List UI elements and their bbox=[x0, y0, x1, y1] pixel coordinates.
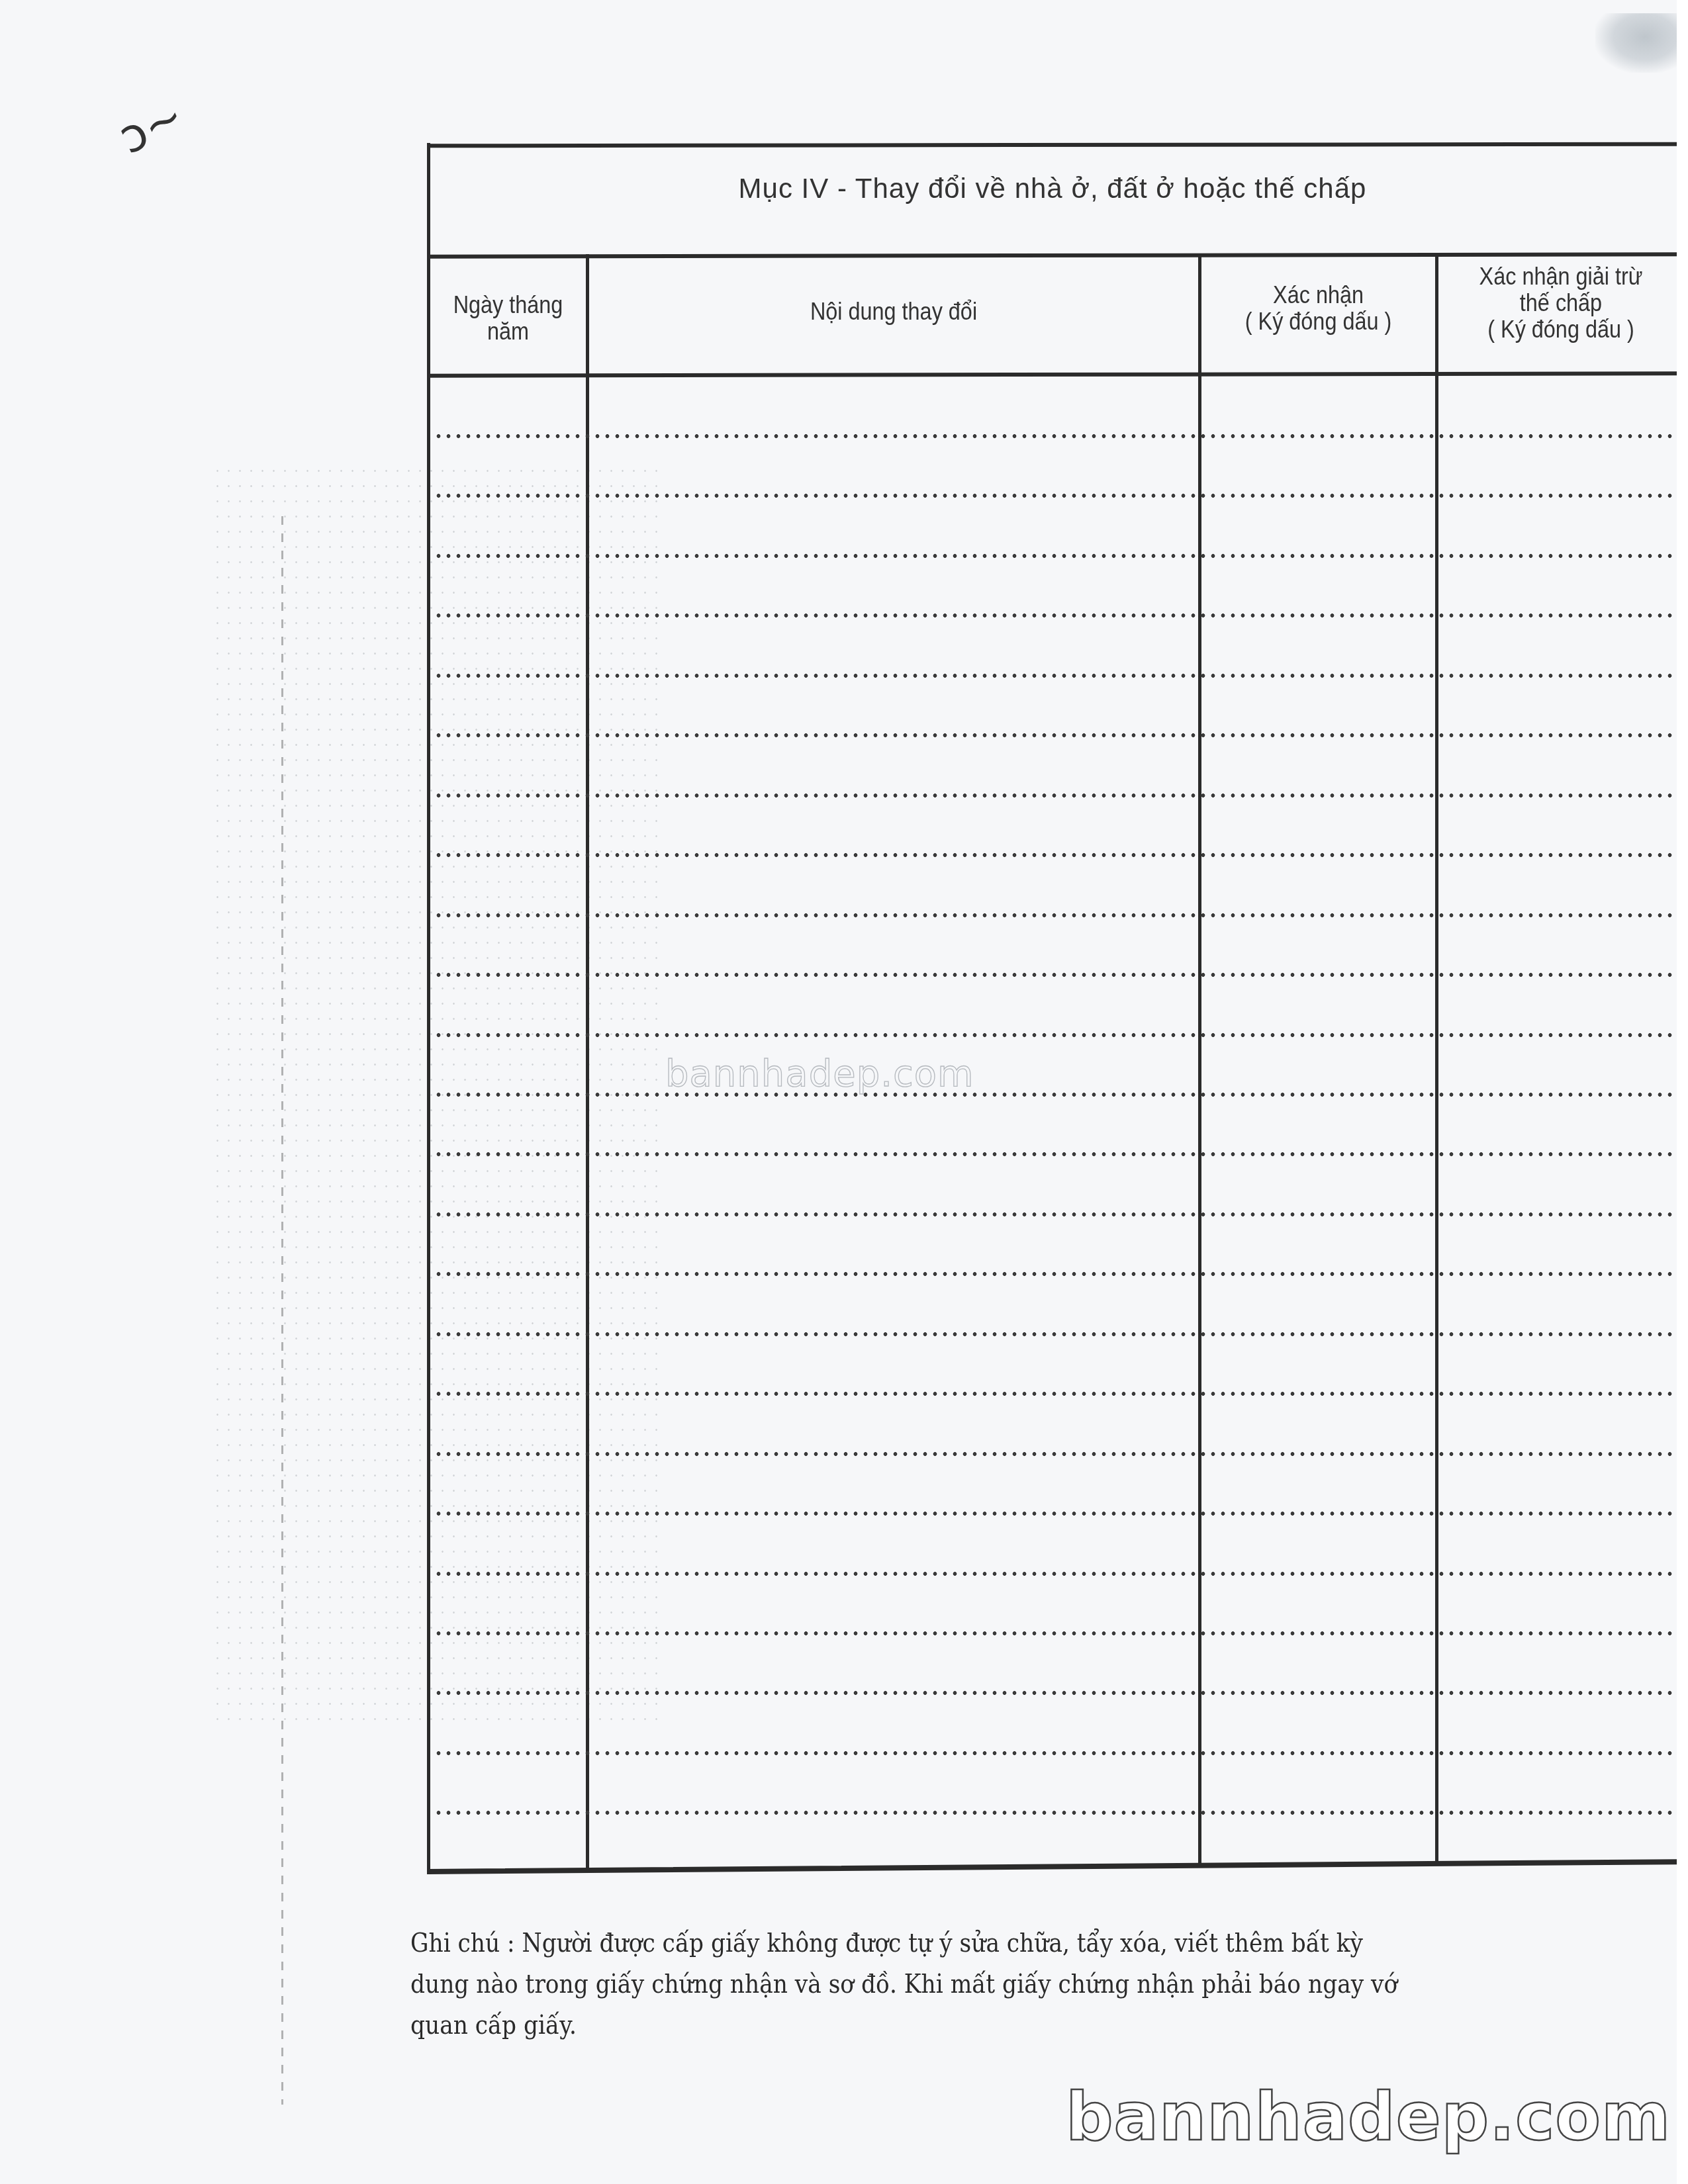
table-row bbox=[434, 674, 1678, 678]
table-row bbox=[434, 1212, 1678, 1216]
changes-table: Mục IV - Thay đổi về nhà ở, đất ở hoặc t… bbox=[427, 143, 1678, 1874]
table-row bbox=[434, 1093, 1678, 1097]
table-row bbox=[434, 494, 1678, 498]
table-row bbox=[434, 1512, 1678, 1516]
table-row bbox=[434, 1392, 1678, 1396]
table-row bbox=[434, 614, 1678, 617]
col-header-content: Nội dung thay đổi bbox=[620, 298, 1168, 325]
fold-dash-line bbox=[281, 516, 283, 2105]
table-row bbox=[434, 1033, 1678, 1037]
col-header-line: thế chấp bbox=[1451, 290, 1671, 316]
col-header-line: Nội dung thay đổi bbox=[620, 298, 1168, 325]
table-row bbox=[434, 1572, 1678, 1576]
scan-stain bbox=[1595, 13, 1678, 73]
table-row bbox=[434, 554, 1678, 558]
col-header-release: Xác nhận giải trừ thế chấp ( Ký đóng dấu… bbox=[1451, 263, 1671, 343]
table-row bbox=[434, 973, 1678, 977]
col-header-line: Xác nhận giải trừ bbox=[1451, 263, 1671, 290]
table-row bbox=[434, 853, 1678, 857]
margin-mark: ↄ~ bbox=[111, 88, 192, 164]
scan-edge bbox=[1677, 0, 1688, 2184]
table-row bbox=[434, 1631, 1678, 1635]
section-title: Mục IV - Thay đổi về nhà ở, đất ở hoặc t… bbox=[427, 173, 1678, 205]
footnote-line: Ghi chú : Người được cấp giấy không được… bbox=[410, 1923, 1503, 1964]
footnote-line: quan cấp giấy. bbox=[410, 2005, 1503, 2046]
table-row bbox=[434, 1152, 1678, 1156]
table-row bbox=[434, 1691, 1678, 1695]
col-header-confirm: Xác nhận ( Ký đóng dấu ) bbox=[1213, 282, 1424, 335]
watermark-bottom: bannhadep.com bbox=[1066, 2078, 1671, 2156]
title-divider bbox=[427, 252, 1678, 258]
table-row bbox=[434, 1332, 1678, 1336]
table-top-border bbox=[427, 142, 1678, 148]
col-header-line: ( Ký đóng dấu ) bbox=[1213, 308, 1424, 335]
table-bottom-border bbox=[427, 1859, 1678, 1874]
header-divider bbox=[427, 371, 1678, 377]
table-row bbox=[434, 913, 1678, 917]
table-row bbox=[434, 1811, 1678, 1815]
table-row bbox=[434, 1751, 1678, 1755]
table-row bbox=[434, 1272, 1678, 1276]
table-row bbox=[434, 1452, 1678, 1456]
col-header-line: năm bbox=[438, 318, 579, 345]
footnote: Ghi chú : Người được cấp giấy không được… bbox=[410, 1923, 1681, 2046]
col-header-line: Ngày tháng bbox=[438, 292, 579, 318]
col-header-line: Xác nhận bbox=[1213, 282, 1424, 308]
col-header-date: Ngày tháng năm bbox=[438, 292, 579, 345]
table-left-border bbox=[427, 143, 430, 1874]
table-row bbox=[434, 794, 1678, 797]
scanned-page: ↄ~ Mục IV - Thay đổi về nhà ở, đất ở hoặ… bbox=[0, 0, 1677, 2184]
watermark-middle: bannhadep.com bbox=[665, 1052, 974, 1095]
table-row bbox=[434, 434, 1678, 438]
footnote-line: dung nào trong giấy chứng nhận và sơ đồ.… bbox=[410, 1964, 1503, 2005]
col-header-line: ( Ký đóng dấu ) bbox=[1451, 316, 1671, 343]
table-row bbox=[434, 733, 1678, 737]
